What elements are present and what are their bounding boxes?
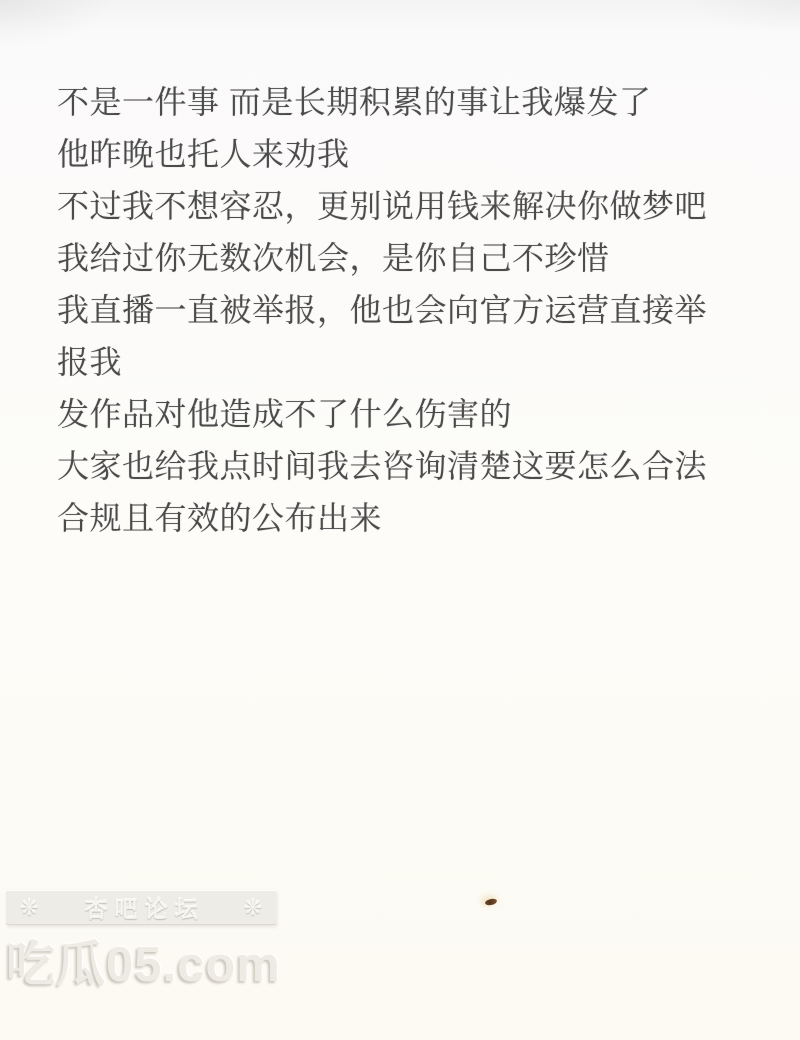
red-speck [485, 898, 498, 906]
post-text-line: 发作品对他造成不了什么伤害的 [57, 388, 752, 440]
watermark-banner: ❋ 杏吧论坛 ❋ [6, 890, 276, 925]
firework-icon-right: ❋ [244, 897, 262, 919]
site-watermark: 吃瓜05.com [6, 926, 281, 996]
page-background: { "post": { "text_color": "#4b4b4b", "li… [0, 0, 800, 1040]
post-text-line: 不过我不想容忍，更别说用钱来解决你做梦吧 [57, 180, 752, 232]
post-text-line: 合规且有效的公布出来 [57, 492, 752, 544]
post-text-line: 他昨晚也托人来劝我 [57, 128, 752, 180]
post-text-block: 不是一件事 而是长期积累的事让我爆发了 他昨晚也托人来劝我 不过我不想容忍，更别… [57, 76, 752, 544]
post-text-line: 报我 [57, 336, 752, 388]
watermark-banner-label: 杏吧论坛 [78, 891, 205, 924]
firework-icon-left: ❋ [20, 897, 38, 919]
post-text-line: 大家也给我点时间我去咨询清楚这要怎么合法 [57, 440, 752, 492]
post-text-line: 我直播一直被举报，他也会向官方运营直接举 [57, 284, 752, 336]
post-text-line: 我给过你无数次机会，是你自己不珍惜 [57, 232, 752, 284]
post-text-line: 不是一件事 而是长期积累的事让我爆发了 [57, 76, 752, 128]
